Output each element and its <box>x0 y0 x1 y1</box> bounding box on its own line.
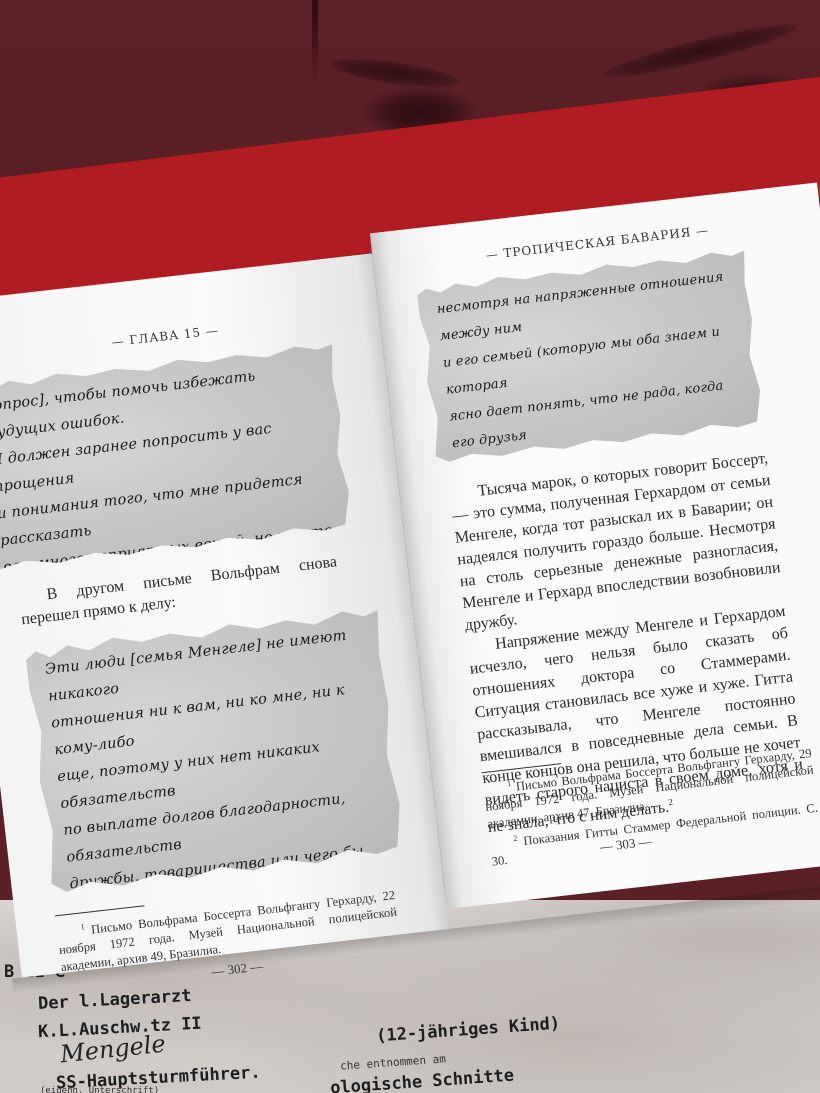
open-book: — ГЛАВА 15 — вопрос], чтобы помочь избеж… <box>0 161 820 1008</box>
right-running-head: — ТРОПИЧЕСКАЯ БАВАРИЯ — <box>373 210 820 275</box>
footnote-number: 1 <box>507 779 512 788</box>
footnote-number: 2 <box>513 834 518 843</box>
letter-card-2: Эти люди [семья Менгеле] не имеют никако… <box>24 605 405 894</box>
letter-card-1: вопрос], чтобы помочь избежать будущих о… <box>0 340 353 571</box>
left-paragraph: В другом письме Вольфрам снова перешел п… <box>18 551 341 631</box>
doc-caption: (eigenh. Unterschrift) <box>40 1086 159 1093</box>
left-page: — ГЛАВА 15 — вопрос], чтобы помочь избеж… <box>0 253 449 977</box>
right-page: — ТРОПИЧЕСКАЯ БАВАРИЯ — несмотря на напр… <box>370 182 820 909</box>
footnote-number: 1 <box>80 922 85 931</box>
letter-card-3: несмотря на напряженные отношения между … <box>416 247 764 463</box>
cover-streak <box>312 0 318 90</box>
paragraph-text: В другом письме Вольфрам снова перешел п… <box>20 553 337 628</box>
